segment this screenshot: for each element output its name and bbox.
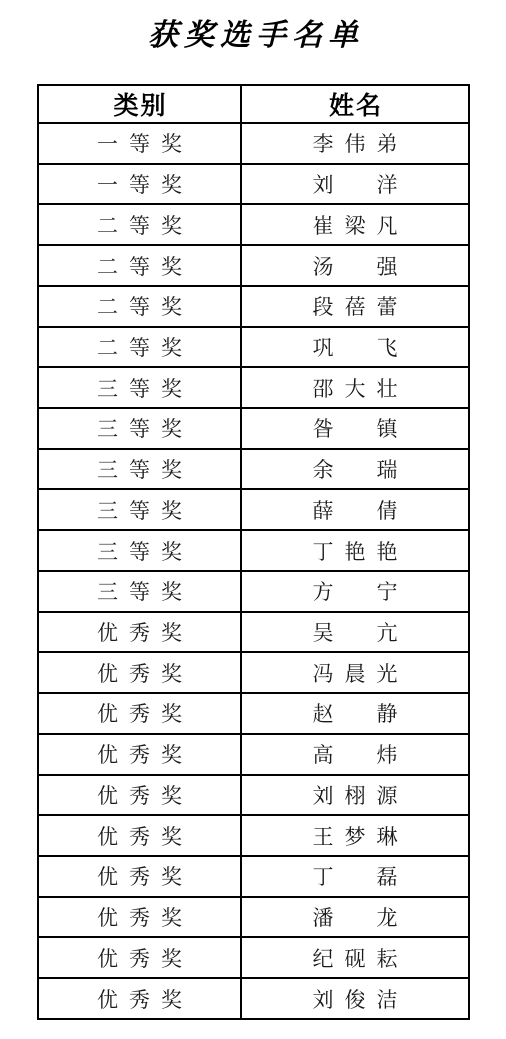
table-row: 优秀奖 王梦琳 [38,815,469,856]
category-cell: 二等奖 [38,245,241,286]
category-cell: 优秀奖 [38,693,241,734]
name-cell: 纪砚耘 [241,937,469,978]
name-cell: 高 炜 [241,734,469,775]
category-cell: 优秀奖 [38,897,241,938]
name-cell: 赵 静 [241,693,469,734]
table-row: 一等奖 刘 洋 [38,164,469,205]
category-cell: 二等奖 [38,204,241,245]
table-row: 优秀奖 刘俊洁 [38,978,469,1019]
name-cell: 李伟弟 [241,123,469,164]
name-cell: 刘 洋 [241,164,469,205]
table-row: 三等奖 丁艳艳 [38,530,469,571]
name-cell: 邵大壮 [241,367,469,408]
table-row: 三等奖 余 瑞 [38,449,469,490]
column-header-category: 类别 [38,85,241,123]
name-cell: 方 宁 [241,571,469,612]
name-cell: 汤 强 [241,245,469,286]
table-header-row: 类别 姓名 [38,85,469,123]
name-cell: 段蓓蕾 [241,286,469,327]
table-row: 优秀奖 刘栩源 [38,775,469,816]
name-cell: 薛 倩 [241,489,469,530]
table-row: 优秀奖 吴 亢 [38,612,469,653]
category-cell: 三等奖 [38,489,241,530]
name-cell: 吴 亢 [241,612,469,653]
name-cell: 昝 镇 [241,408,469,449]
category-cell: 优秀奖 [38,856,241,897]
table-row: 优秀奖 潘 龙 [38,897,469,938]
category-cell: 优秀奖 [38,978,241,1019]
category-cell: 优秀奖 [38,937,241,978]
table-row: 二等奖 汤 强 [38,245,469,286]
name-cell: 潘 龙 [241,897,469,938]
category-cell: 三等奖 [38,449,241,490]
name-cell: 巩 飞 [241,327,469,368]
name-cell: 冯晨光 [241,652,469,693]
winners-table: 类别 姓名 一等奖 李伟弟 一等奖 刘 洋 二等奖 崔梁凡 二等奖 汤 强 二等 [37,84,470,1020]
category-cell: 三等奖 [38,530,241,571]
table-row: 二等奖 崔梁凡 [38,204,469,245]
table-row: 二等奖 段蓓蕾 [38,286,469,327]
table-row: 优秀奖 丁 磊 [38,856,469,897]
category-cell: 三等奖 [38,571,241,612]
table-row: 三等奖 方 宁 [38,571,469,612]
table-row: 优秀奖 赵 静 [38,693,469,734]
name-cell: 刘栩源 [241,775,469,816]
category-cell: 一等奖 [38,123,241,164]
name-cell: 丁艳艳 [241,530,469,571]
table-row: 优秀奖 冯晨光 [38,652,469,693]
page-title: 获奖选手名单 [0,10,506,54]
category-cell: 优秀奖 [38,652,241,693]
category-cell: 优秀奖 [38,815,241,856]
table-row: 三等奖 昝 镇 [38,408,469,449]
name-cell: 崔梁凡 [241,204,469,245]
category-cell: 优秀奖 [38,775,241,816]
name-cell: 王梦琳 [241,815,469,856]
table-row: 优秀奖 高 炜 [38,734,469,775]
category-cell: 三等奖 [38,408,241,449]
table-row: 三等奖 邵大壮 [38,367,469,408]
category-cell: 优秀奖 [38,612,241,653]
table-row: 一等奖 李伟弟 [38,123,469,164]
table-row: 三等奖 薛 倩 [38,489,469,530]
category-cell: 一等奖 [38,164,241,205]
document-page: 获奖选手名单 类别 姓名 一等奖 李伟弟 一等奖 刘 洋 二等奖 崔梁凡 二等奖 [0,0,506,1039]
category-cell: 二等奖 [38,286,241,327]
name-cell: 余 瑞 [241,449,469,490]
name-cell: 丁 磊 [241,856,469,897]
table-row: 优秀奖 纪砚耘 [38,937,469,978]
category-cell: 二等奖 [38,327,241,368]
name-cell: 刘俊洁 [241,978,469,1019]
category-cell: 三等奖 [38,367,241,408]
table-row: 二等奖 巩 飞 [38,327,469,368]
column-header-name: 姓名 [241,85,469,123]
category-cell: 优秀奖 [38,734,241,775]
